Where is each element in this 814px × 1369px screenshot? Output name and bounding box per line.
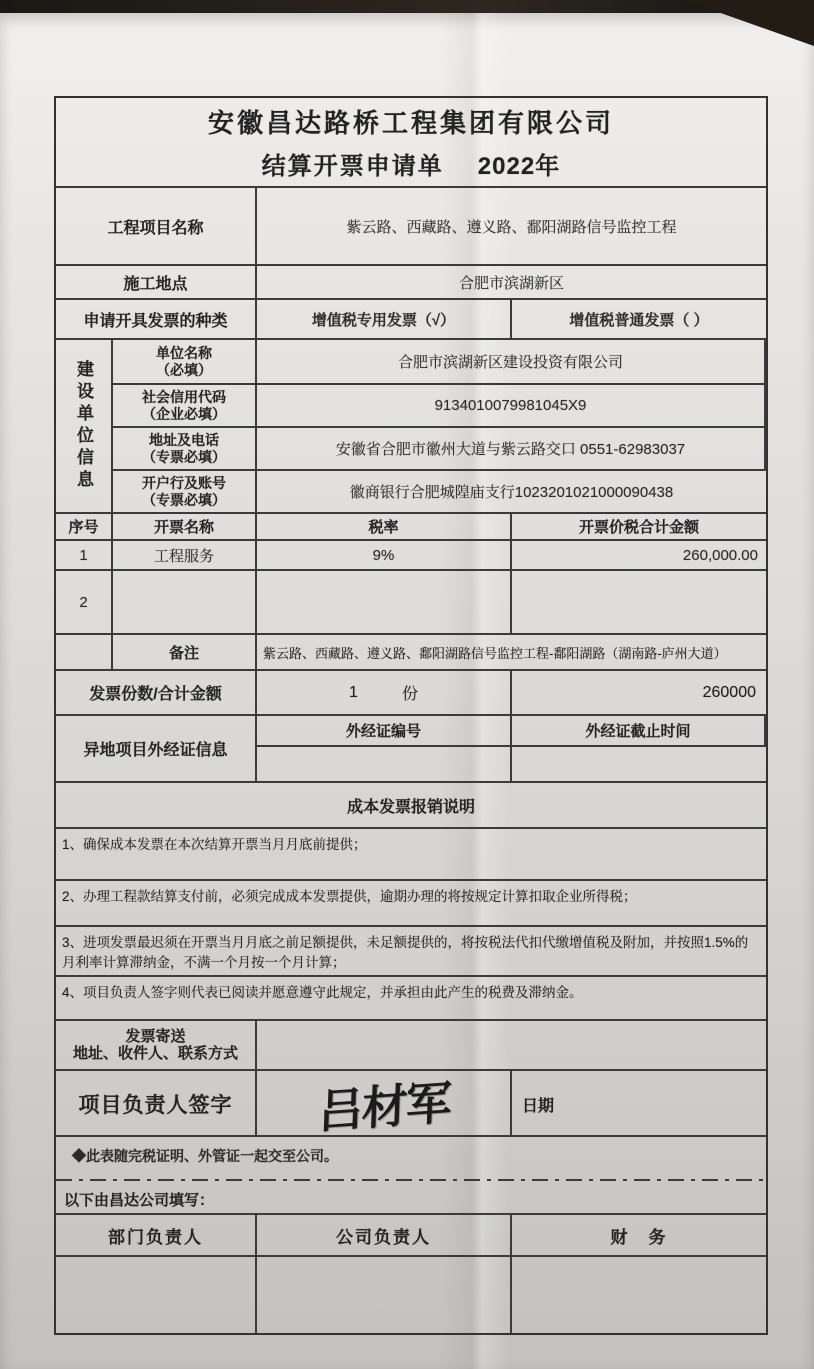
- totals-label: 发票份数/合计金额: [56, 671, 257, 714]
- cost-note-item-3: 3、进项发票最迟须在开票当月月底之前足额提供，未足额提供的，将按税法代扣代缴增值…: [56, 927, 766, 977]
- date-label: 日期: [522, 1093, 554, 1116]
- mailing-value: [257, 1021, 766, 1069]
- item-no: 2: [56, 571, 113, 633]
- item-row: 1 工程服务 9% 260,000.00: [56, 541, 766, 571]
- signature-cell: 吕材军: [257, 1071, 512, 1137]
- invoice-type-label: 申请开具发票的种类: [56, 300, 257, 338]
- items-header-rate: 税率: [257, 514, 512, 539]
- builder-row-value: 9134010079981045X9: [257, 383, 766, 426]
- item-amount: [512, 571, 766, 633]
- totals-count: 1: [349, 684, 358, 702]
- cost-note-title: 成本发票报销说明: [347, 794, 475, 817]
- out-cert-expiry-value: [512, 745, 766, 781]
- finance-sign-cell: [512, 1257, 766, 1333]
- cost-note-item-4: 4、项目负责人签字则代表已阅读并愿意遵守此规定，并承担由此产生的税费及滞纳金。: [56, 977, 766, 1021]
- mailing-row: 发票寄送 地址、收件人、联系方式: [56, 1021, 766, 1071]
- location-value: 合肥市滨湖新区: [257, 266, 766, 298]
- builder-row-value: 徽商银行合肥城隍庙支行1023201021000090438: [257, 469, 766, 512]
- totals-amount: 260000: [512, 671, 766, 714]
- totals-count-unit: 份: [402, 681, 418, 704]
- settlement-invoice-form: 安徽昌达路桥工程集团有限公司 结算开票申请单2022年 工程项目名称 紫云路、西…: [54, 96, 768, 1335]
- location-label: 施工地点: [56, 266, 257, 298]
- footer-note: ◆此表随完税证明、外管证一起交至公司。: [56, 1137, 766, 1175]
- company-head-sign-cell: [257, 1257, 512, 1333]
- builder-label-text: 地址及电话: [149, 432, 219, 448]
- builder-label-note: （专票必填）: [142, 449, 226, 465]
- builder-row-value: 合肥市滨湖新区建设投资有限公司: [257, 340, 766, 383]
- signature-label: 项目负责人签字: [56, 1071, 257, 1137]
- out-cert-section: 异地项目外经证信息 外经证编号 外经证截止时间: [56, 716, 766, 783]
- item-name: 工程服务: [113, 541, 257, 569]
- approval-header-row: 部门负责人 公司负责人 财 务: [56, 1215, 766, 1257]
- finance-header: 财 务: [512, 1215, 766, 1255]
- builder-label-text: 单位名称: [156, 345, 212, 361]
- builder-label-text: 开户行及账号: [142, 475, 226, 491]
- out-cert-label: 异地项目外经证信息: [56, 716, 257, 781]
- builder-row-label: 社会信用代码 （企业必填）: [113, 383, 257, 426]
- location-row: 施工地点 合肥市滨湖新区: [56, 266, 766, 300]
- date-cell: 日期: [512, 1071, 766, 1137]
- form-title: 结算开票申请单2022年: [262, 146, 560, 181]
- items-header-no: 序号: [56, 514, 113, 539]
- project-name-row: 工程项目名称 紫云路、西藏路、遵义路、鄱阳湖路信号监控工程: [56, 188, 766, 266]
- totals-count-cell: 1 份: [257, 671, 512, 714]
- dash-dot-line: [56, 1179, 766, 1181]
- builder-label-note: （必填）: [156, 362, 212, 378]
- cut-line-row: [56, 1175, 766, 1185]
- form-title-block: 安徽昌达路桥工程集团有限公司 结算开票申请单2022年: [56, 98, 766, 188]
- signature-row: 项目负责人签字 吕材军 日期: [56, 1071, 766, 1137]
- invoice-type-special: 增值税专用发票（√）: [257, 300, 512, 338]
- item-amount: 260,000.00: [512, 541, 766, 569]
- mailing-label-line2: 地址、收件人、联系方式: [73, 1045, 238, 1062]
- items-header-name: 开票名称: [113, 514, 257, 539]
- item-rate: 9%: [257, 541, 512, 569]
- item-row: 2: [56, 571, 766, 635]
- item-name: [113, 571, 257, 633]
- builder-label-note: （专票必填）: [142, 492, 226, 508]
- form-year: 2022年: [478, 153, 560, 180]
- builder-section-label: 建设单位信息: [56, 340, 113, 512]
- mailing-label-line1: 发票寄送: [125, 1028, 185, 1045]
- dept-head-sign-cell: [56, 1257, 257, 1333]
- dept-head-header: 部门负责人: [56, 1215, 257, 1255]
- remark-label: 备注: [113, 635, 257, 669]
- out-cert-expiry-header: 外经证截止时间: [512, 716, 766, 745]
- out-cert-no-value: [257, 745, 512, 781]
- builder-label-note: （企业必填）: [142, 406, 226, 422]
- item-rate: [257, 571, 512, 633]
- items-header-amount: 开票价税合计金额: [512, 514, 766, 539]
- approval-sign-row: [56, 1257, 766, 1333]
- company-fill-intro: 以下由昌达公司填写：: [56, 1185, 766, 1215]
- cost-note-item-2: 2、办理工程款结算支付前，必须完成成本发票提供，逾期办理的将按规定计算扣取企业所…: [56, 881, 766, 927]
- company-name: 安徽昌达路桥工程集团有限公司: [208, 103, 614, 140]
- company-head-header: 公司负责人: [257, 1215, 512, 1255]
- form-title-text: 结算开票申请单: [262, 153, 444, 180]
- cost-note-item-1: 1、确保成本发票在本次结算开票当月月底前提供；: [56, 829, 766, 881]
- remark-spacer: [56, 635, 113, 669]
- builder-row-value: 安徽省合肥市徽州大道与紫云路交口 0551-62983037: [257, 426, 766, 469]
- totals-row: 发票份数/合计金额 1 份 260000: [56, 671, 766, 716]
- remark-row: 备注 紫云路、西藏路、遵义路、鄱阳湖路信号监控工程-鄱阳湖路（湖南路-庐州大道）: [56, 635, 766, 671]
- builder-row-label: 单位名称 （必填）: [113, 340, 257, 383]
- invoice-type-general: 增值税普通发票（ ）: [512, 300, 766, 338]
- items-header-row: 序号 开票名称 税率 开票价税合计金额: [56, 514, 766, 541]
- cost-note-title-row: 成本发票报销说明: [56, 783, 766, 829]
- builder-label-text: 社会信用代码: [142, 389, 226, 405]
- item-no: 1: [56, 541, 113, 569]
- remark-value: 紫云路、西藏路、遵义路、鄱阳湖路信号监控工程-鄱阳湖路（湖南路-庐州大道）: [257, 635, 766, 669]
- out-cert-no-header: 外经证编号: [257, 716, 512, 745]
- project-name-value: 紫云路、西藏路、遵义路、鄱阳湖路信号监控工程: [257, 188, 766, 264]
- mailing-label: 发票寄送 地址、收件人、联系方式: [56, 1021, 257, 1069]
- invoice-type-row: 申请开具发票的种类 增值税专用发票（√） 增值税普通发票（ ）: [56, 300, 766, 340]
- signature-handwriting: 吕材军: [317, 1066, 451, 1142]
- project-name-label: 工程项目名称: [56, 188, 257, 264]
- builder-info-section: 建设单位信息 单位名称 （必填） 合肥市滨湖新区建设投资有限公司 社会信用代码 …: [56, 340, 766, 514]
- builder-row-label: 开户行及账号 （专票必填）: [113, 469, 257, 512]
- builder-row-label: 地址及电话 （专票必填）: [113, 426, 257, 469]
